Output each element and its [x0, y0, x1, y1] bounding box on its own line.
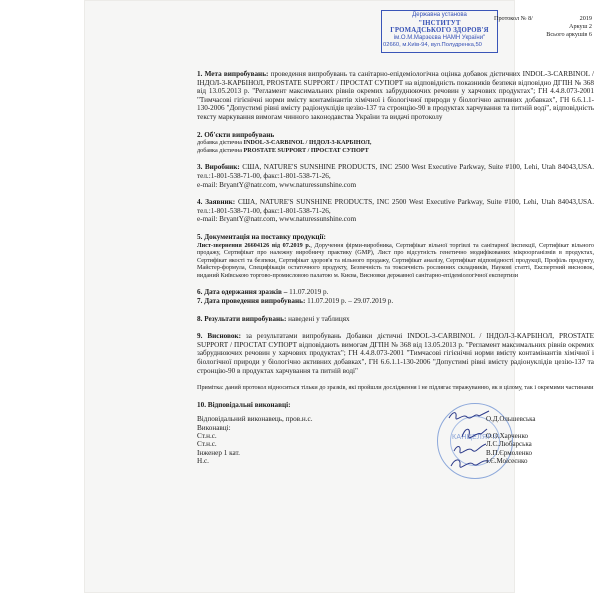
document-body: 1. Мета випробувань: проведення випробув…: [197, 70, 594, 465]
applicant-contacts: e-mail: BryantY@natr.com, www.naturessun…: [197, 215, 356, 223]
stamp-line-1: Державна установа: [382, 12, 497, 20]
section-text: США, NATURE'S SUNSHINE PRODUCTS, INC 250…: [197, 198, 594, 215]
section-title: 4. Заявник:: [197, 198, 235, 206]
section-text: проведення випробувань та санітарно-епід…: [197, 70, 594, 121]
stamp-line-5: 02660, м.Київ-94, вул.Полудренка,50: [382, 42, 497, 50]
stamp-line-3: ГРОМАДСЬКОГО ЗДОРОВ'Я: [382, 27, 497, 35]
manufacturer-contacts: e-mail: BryantY@natr.com, www.naturessun…: [197, 181, 356, 189]
section-8-results: 8. Результати випробувань: наведені у та…: [197, 315, 594, 324]
section-9-conclusion: 9. Висновок: за результатами випробувань…: [197, 332, 594, 375]
section-4-applicant: 4. Заявник: США, NATURE'S SUNSHINE PRODU…: [197, 198, 594, 224]
signature-icon: [459, 425, 489, 441]
object-item: добавка дієтична INDOL-3-CARBINOL / ІНДО…: [197, 139, 594, 147]
section-1-purpose: 1. Мета випробувань: проведення випробув…: [197, 70, 594, 122]
section-3-manufacturer: 3. Виробник: США, NATURE'S SUNSHINE PROD…: [197, 163, 594, 189]
section-5-documentation: 5. Документація на поставку продукції: Л…: [197, 233, 594, 280]
sheet-number: Аркуш 2: [494, 23, 592, 31]
document-page: Державна установа "ІНСТИТУТ ГРОМАДСЬКОГО…: [84, 0, 515, 593]
section-10-title: 10. Відповідальні виконавці:: [197, 401, 594, 410]
institute-stamp: Державна установа "ІНСТИТУТ ГРОМАДСЬКОГО…: [381, 10, 498, 53]
executor-name: О.Д.Ольшевська: [486, 415, 536, 423]
signatures-block: Відповідальний виконавець, пров.н.с. Вик…: [197, 415, 594, 465]
section-title: 1. Мета випробувань:: [197, 70, 268, 78]
section-title: 9. Висновок:: [197, 332, 241, 340]
signature-icon: [449, 455, 491, 469]
expertise-conclusions: Висновки державної санітарно-епідеміолог…: [358, 272, 518, 279]
names-list: О.Д.Ольшевська О.О.Харченко Л.С.Любарськ…: [486, 415, 536, 465]
stamp-line-2: "ІНСТИТУТ: [382, 20, 497, 28]
section-text: США, NATURE'S SUNSHINE PRODUCTS, INC 250…: [197, 163, 594, 180]
executor-name: [486, 424, 536, 432]
executor-name: О.О.Харченко: [486, 432, 536, 440]
object-item: добавка дієтична PROSTATE SUPPORT / ПРОС…: [197, 147, 594, 155]
executor-name: І.Є.Моісеєнко: [486, 457, 536, 465]
section-title: 3. Виробник:: [197, 163, 240, 171]
request-letter: Лист-звернення 26604126 від 07.2019 р.: [197, 242, 310, 249]
signature-icon: [447, 409, 491, 423]
signature-icon: [452, 441, 488, 455]
section-2-objects: 2. Об'єкти випробувань добавка дієтична …: [197, 131, 594, 155]
note: Примітка: даний протокол відноситься тіл…: [197, 384, 594, 392]
protocol-number: Протокол № 8/: [494, 15, 533, 23]
total-sheets: Всього аркушів 6: [494, 31, 592, 39]
section-title: 5. Документація на поставку продукції:: [197, 233, 594, 242]
section-title: 2. Об'єкти випробувань: [197, 131, 594, 140]
section-7-test-dates: 7. Дата проведення випробувань: 11.07.20…: [197, 297, 594, 306]
protocol-year: 2019: [580, 15, 592, 23]
stamp-line-4: ім.О.М.Марзєєва НАМН України": [382, 35, 497, 43]
section-text: за результатами випробувань Добавки дієт…: [197, 332, 594, 374]
section-6-receipt-date: 6. Дата одержання зразків – 11.07.2019 р…: [197, 288, 594, 297]
executor-name: В.П.Єрмоленко: [486, 449, 536, 457]
protocol-header: Протокол № 8/ 2019 Аркуш 2 Всього аркуші…: [494, 15, 592, 39]
executor-name: Л.С.Любарська: [486, 440, 536, 448]
